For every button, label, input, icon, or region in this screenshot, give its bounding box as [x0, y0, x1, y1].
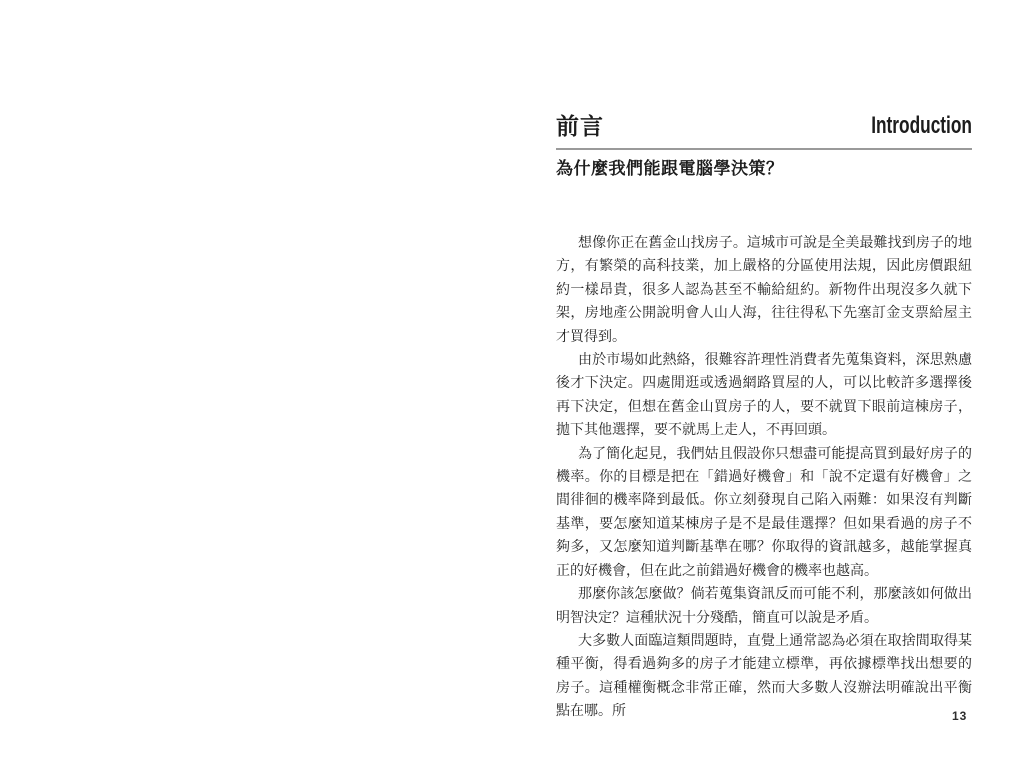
body-paragraph-1: 想像你正在舊金山找房子。這城市可說是全美最難找到房子的地方，有繁榮的高科技業，加… [556, 232, 972, 349]
body-paragraph-3: 為了簡化起見，我們姑且假設你只想盡可能提高買到最好房子的機率。你的目標是把在「錯… [556, 443, 972, 583]
body-text: 想像你正在舊金山找房子。這城市可說是全美最難找到房子的地方，有繁榮的高科技業，加… [556, 232, 972, 724]
chapter-header: 前言 Introduction [556, 112, 972, 140]
body-paragraph-5: 大多數人面臨這類問題時，直覺上通常認為必須在取捨間取得某種平衡，得看過夠多的房子… [556, 630, 972, 724]
chapter-title-zh: 前言 [556, 112, 604, 140]
content-column: 前言 Introduction 為什麼我們能跟電腦學決策？ 想像你正在舊金山找房… [556, 112, 972, 724]
book-page: 前言 Introduction 為什麼我們能跟電腦學決策？ 想像你正在舊金山找房… [0, 0, 1024, 768]
header-rule [556, 148, 972, 150]
body-paragraph-2: 由於市場如此熱絡，很難容許理性消費者先蒐集資料，深思熟慮後才下決定。四處閒逛或透… [556, 349, 972, 443]
body-paragraph-4: 那麼你該怎麼做？倘若蒐集資訊反而可能不利，那麼該如何做出明智決定？這種狀況十分殘… [556, 583, 972, 630]
page-number: 13 [952, 709, 967, 723]
chapter-subtitle: 為什麼我們能跟電腦學決策？ [556, 157, 972, 181]
chapter-title-en: Introduction [871, 112, 972, 140]
